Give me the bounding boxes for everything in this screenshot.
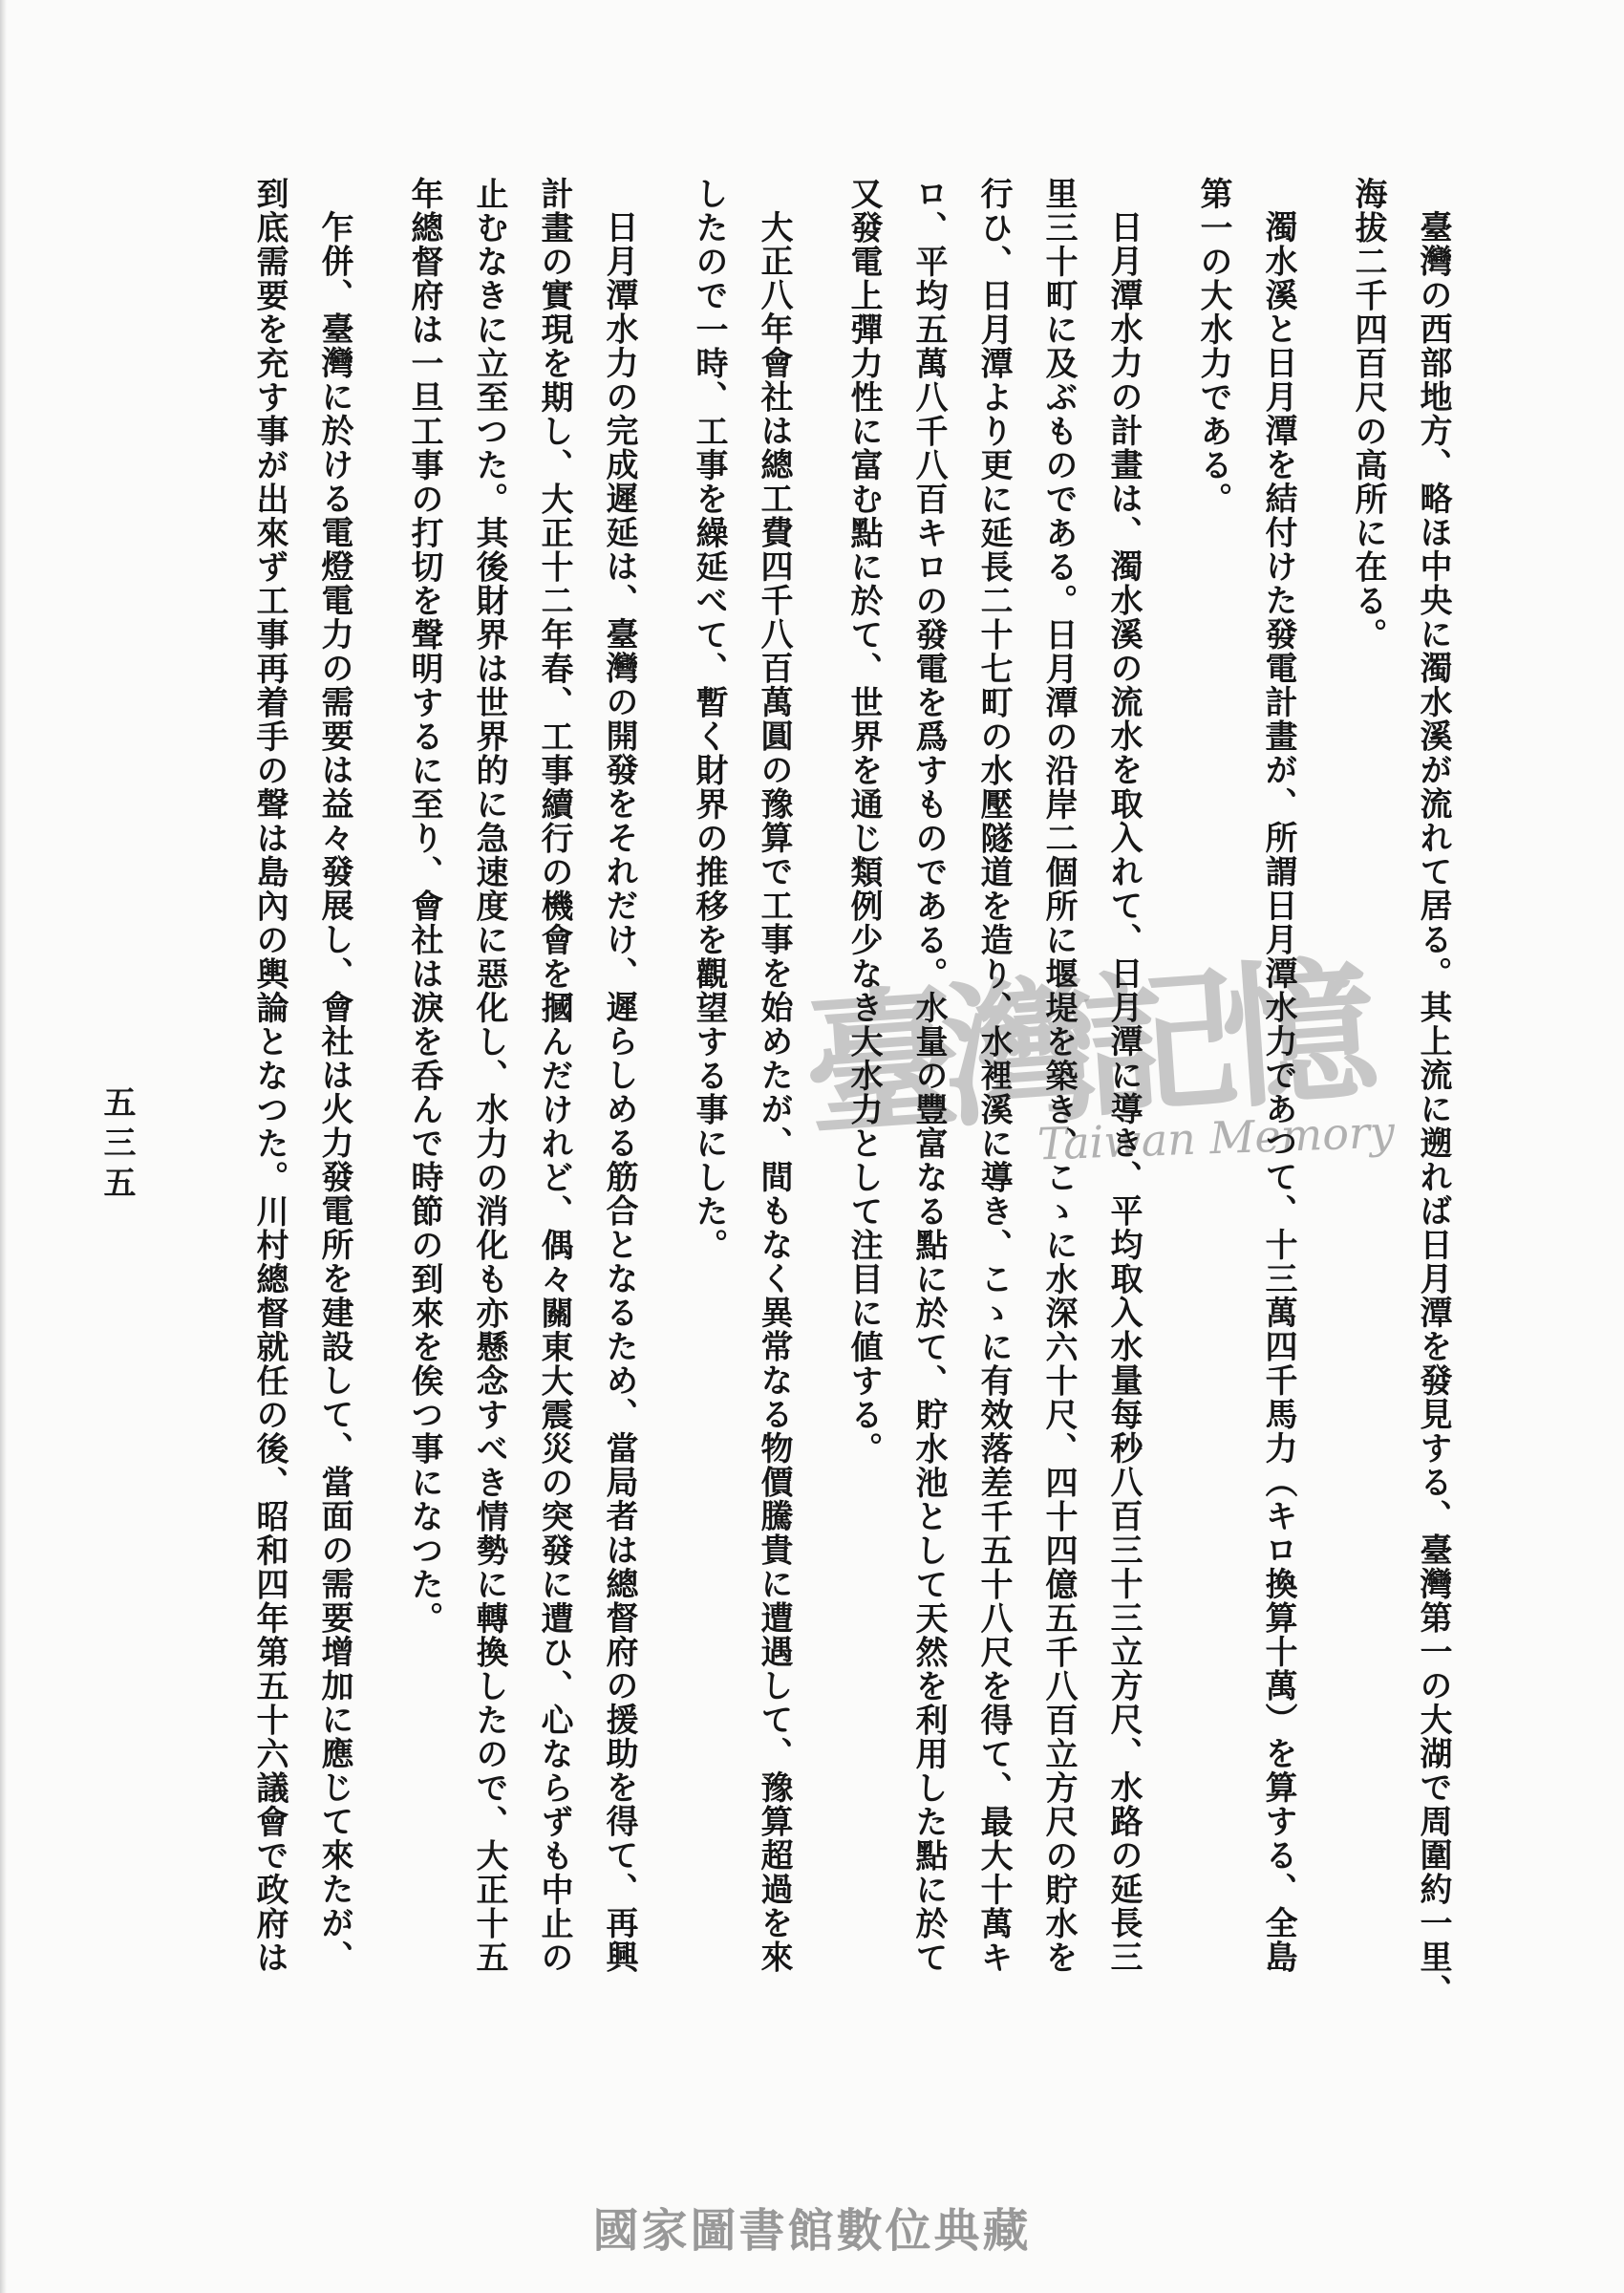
text-column: 第一の大水力である。 [1181, 177, 1246, 2004]
paragraph: 乍併、臺灣に於ける電燈電力の需要は益々發展し、會社は火力發電所を建設して、當面の… [237, 177, 367, 2004]
text-column: 海拔二千四百尺の高所に在る。 [1336, 177, 1400, 2004]
text-column: したので一時、工事を繰延べて、暫く財界の推移を觀望する事にした。 [676, 177, 741, 2004]
text-column: 又發電上彈力性に富む點に於て、世界を通じ類例少なき大水力として注目に値する。 [831, 177, 896, 2004]
text-column: 臺灣の西部地方、略ほ中央に濁水溪が流れて居る。其上流に遡れば日月潭を發見する、臺… [1400, 177, 1465, 2004]
text-column: 里三十町に及ぶものである。日月潭の沿岸二個所に堰堤を築き、こゝに水深六十尺、四十… [1026, 177, 1091, 2004]
text-column: 大正八年會社は總工費四千八百萬圓の豫算で工事を始めたが、間もなく異常なる物價騰貴… [741, 177, 806, 2004]
text-column: 行ひ、日月潭より更に延長二十七町の水壓隧道を造り、水裡溪に導き、こゝに有效落差千… [961, 177, 1026, 2004]
text-column: 到底需要を充す事が出來ず工事再着手の聲は島內の輿論となつた。川村總督就任の後、昭… [237, 177, 302, 2004]
text-block: 臺灣の西部地方、略ほ中央に濁水溪が流れて居る。其上流に遡れば日月潭を發見する、臺… [237, 177, 1465, 2004]
scan-edge-shadow [0, 0, 7, 2293]
text-column: 計畫の實現を期し、大正十二年春、工事續行の機會を摑んだけれど、偶々關東大震災の突… [522, 177, 587, 2004]
text-column: 止むなきに立至つた。其後財界は世界的に急速度に惡化し、水力の消化も亦懸念すべき情… [457, 177, 522, 2004]
paragraph: 日月潭水力の完成遲延は、臺灣の開發をそれだけ、遲らしめる筋合となるため、當局者は… [392, 177, 652, 2004]
text-column: 年總督府は一旦工事の打切を聲明するに至り、會社は淚を呑んで時節の到來を俟つ事にな… [392, 177, 457, 2004]
text-column: 濁水溪と日月潭を結付けた發電計畫が、所謂日月潭水力であつて、十三萬四千馬力（キロ… [1246, 177, 1311, 2004]
paragraph: 日月潭水力の計畫は、濁水溪の流水を取入れて、日月潭に導き、平均取入水量每秒八百三… [831, 177, 1156, 2004]
text-column: 日月潭水力の完成遲延は、臺灣の開發をそれだけ、遲らしめる筋合となるため、當局者は… [587, 177, 652, 2004]
page-number: 五三五 [94, 1085, 140, 1206]
paragraph: 濁水溪と日月潭を結付けた發電計畫が、所謂日月潭水力であつて、十三萬四千馬力（キロ… [1181, 177, 1311, 2004]
national-library-digital-archive-stamp: 國家圖書館數位典藏 [592, 2194, 1031, 2260]
scanned-document-page: 臺灣記憶 Taiwan Memory 臺灣の西部地方、略ほ中央に濁水溪が流れて居… [0, 0, 1624, 2293]
text-column: 日月潭水力の計畫は、濁水溪の流水を取入れて、日月潭に導き、平均取入水量每秒八百三… [1091, 177, 1156, 2004]
text-column: ロ、平均五萬八千八百キロの發電を爲すものである。水量の豐富なる點に於て、貯水池と… [896, 177, 961, 2004]
paragraph: 臺灣の西部地方、略ほ中央に濁水溪が流れて居る。其上流に遡れば日月潭を發見する、臺… [1336, 177, 1465, 2004]
text-column: 乍併、臺灣に於ける電燈電力の需要は益々發展し、會社は火力發電所を建設して、當面の… [302, 177, 367, 2004]
paragraph: 大正八年會社は總工費四千八百萬圓の豫算で工事を始めたが、間もなく異常なる物價騰貴… [676, 177, 806, 2004]
